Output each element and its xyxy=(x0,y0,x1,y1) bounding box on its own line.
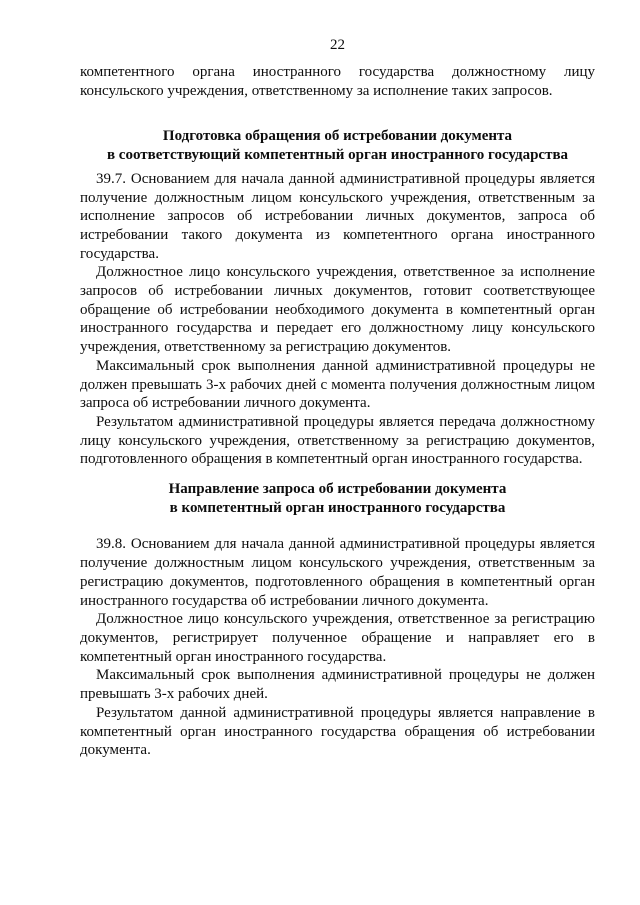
paragraph-39-7-official: Должностное лицо консульского учреждения… xyxy=(80,263,595,357)
paragraph-39-8-result: Результатом данной административной проц… xyxy=(80,704,595,760)
paragraph-39-7-result: Результатом административной процедуры я… xyxy=(80,413,595,469)
intro-paragraph: компетентного органа иностранного госуда… xyxy=(80,63,595,100)
heading-preparation-line1: Подготовка обращения об истребовании док… xyxy=(80,127,595,146)
heading-direction-line2: в компетентный орган иностранного госуда… xyxy=(80,499,595,518)
heading-preparation: Подготовка обращения об истребовании док… xyxy=(80,127,595,164)
paragraph-39-7-deadline: Максимальный срок выполнения данной адми… xyxy=(80,357,595,413)
heading-preparation-line2: в соответствующий компетентный орган ино… xyxy=(80,146,595,165)
paragraph-39-8-basis: 39.8. Основанием для начала данной админ… xyxy=(80,535,595,610)
paragraph-39-8-official: Должностное лицо консульского учреждения… xyxy=(80,610,595,666)
paragraph-39-7-basis: 39.7. Основанием для начала данной админ… xyxy=(80,170,595,264)
heading-direction: Направление запроса об истребовании доку… xyxy=(80,480,595,517)
page-number: 22 xyxy=(80,36,595,55)
paragraph-39-8-deadline: Максимальный срок выполнения администрат… xyxy=(80,666,595,703)
heading-direction-line1: Направление запроса об истребовании доку… xyxy=(80,480,595,499)
document-page: 22 компетентного органа иностранного гос… xyxy=(0,0,640,905)
